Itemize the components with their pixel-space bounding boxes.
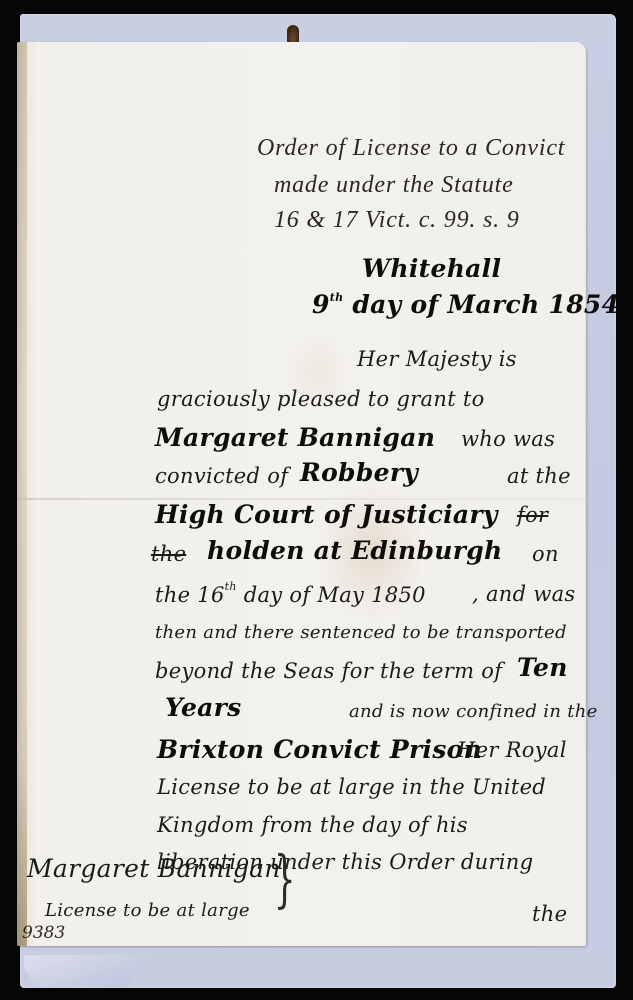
conviction-day: 16 (197, 583, 224, 607)
body-license-at-large: License to be at large in the United (157, 775, 546, 799)
prison-name: Brixton Convict Prison (157, 735, 482, 764)
dateline-day-suffix: th (330, 291, 344, 304)
heading-line-2: made under the Statute (274, 172, 514, 199)
body-on: on (532, 542, 559, 566)
body-sentenced: then and there sentenced to be transport… (155, 622, 567, 643)
body-now-confined: and is now confined in the (349, 701, 598, 722)
sentence-unit: Years (165, 693, 242, 722)
body-line-graciously: graciously pleased to grant to (157, 387, 485, 411)
body-kingdom: Kingdom from the day of his (157, 813, 468, 837)
body-line-her-majesty: Her Majesty is (357, 347, 517, 371)
conviction-date: the 16th day of May 1850 (155, 580, 426, 607)
convict-name: Margaret Bannigan (155, 423, 435, 452)
heading-line-3: 16 & 17 Vict. c. 99. s. 9 (274, 207, 520, 234)
conviction-day-suffix: th (225, 580, 237, 593)
court-location: holden at Edinburgh (207, 536, 502, 565)
heading-line-1: Order of License to a Convict (257, 135, 565, 162)
margin-note-name: Margaret Bannigan (27, 854, 281, 883)
body-who-was: who was (461, 427, 555, 451)
paper-edge-stain (17, 42, 27, 946)
offence: Robbery (300, 458, 418, 487)
body-the-final: the (532, 902, 567, 926)
conviction-month-year: day of May 1850 (244, 583, 426, 607)
dateline-date: 9th day of March 1854 (312, 290, 619, 319)
document-scan: Order of License to a Convict made under… (0, 0, 633, 1000)
margin-brace: } (274, 842, 296, 915)
vertical-fold-line (585, 42, 587, 946)
body-convicted-of: convicted of (155, 464, 288, 488)
license-paper: Order of License to a Convict made under… (17, 42, 586, 946)
reference-number: 9383 (22, 923, 65, 943)
struck-word-the: the (151, 542, 186, 566)
sentence-term: Ten (517, 653, 568, 682)
margin-note-caption: License to be at large (45, 900, 250, 921)
body-at-the: at the (507, 464, 571, 488)
dateline-rest: day of March 1854 (352, 290, 619, 319)
body-beyond-seas: beyond the Seas for the term of (155, 659, 502, 683)
dateline-day: 9 (312, 290, 330, 319)
body-her-royal: Her Royal (457, 738, 567, 762)
dateline-place: Whitehall (362, 254, 501, 283)
body-and-was: , and was (472, 582, 576, 606)
court-name: High Court of Justiciary (155, 500, 498, 529)
struck-word-for: for (517, 503, 548, 527)
body-the: the (155, 583, 190, 607)
